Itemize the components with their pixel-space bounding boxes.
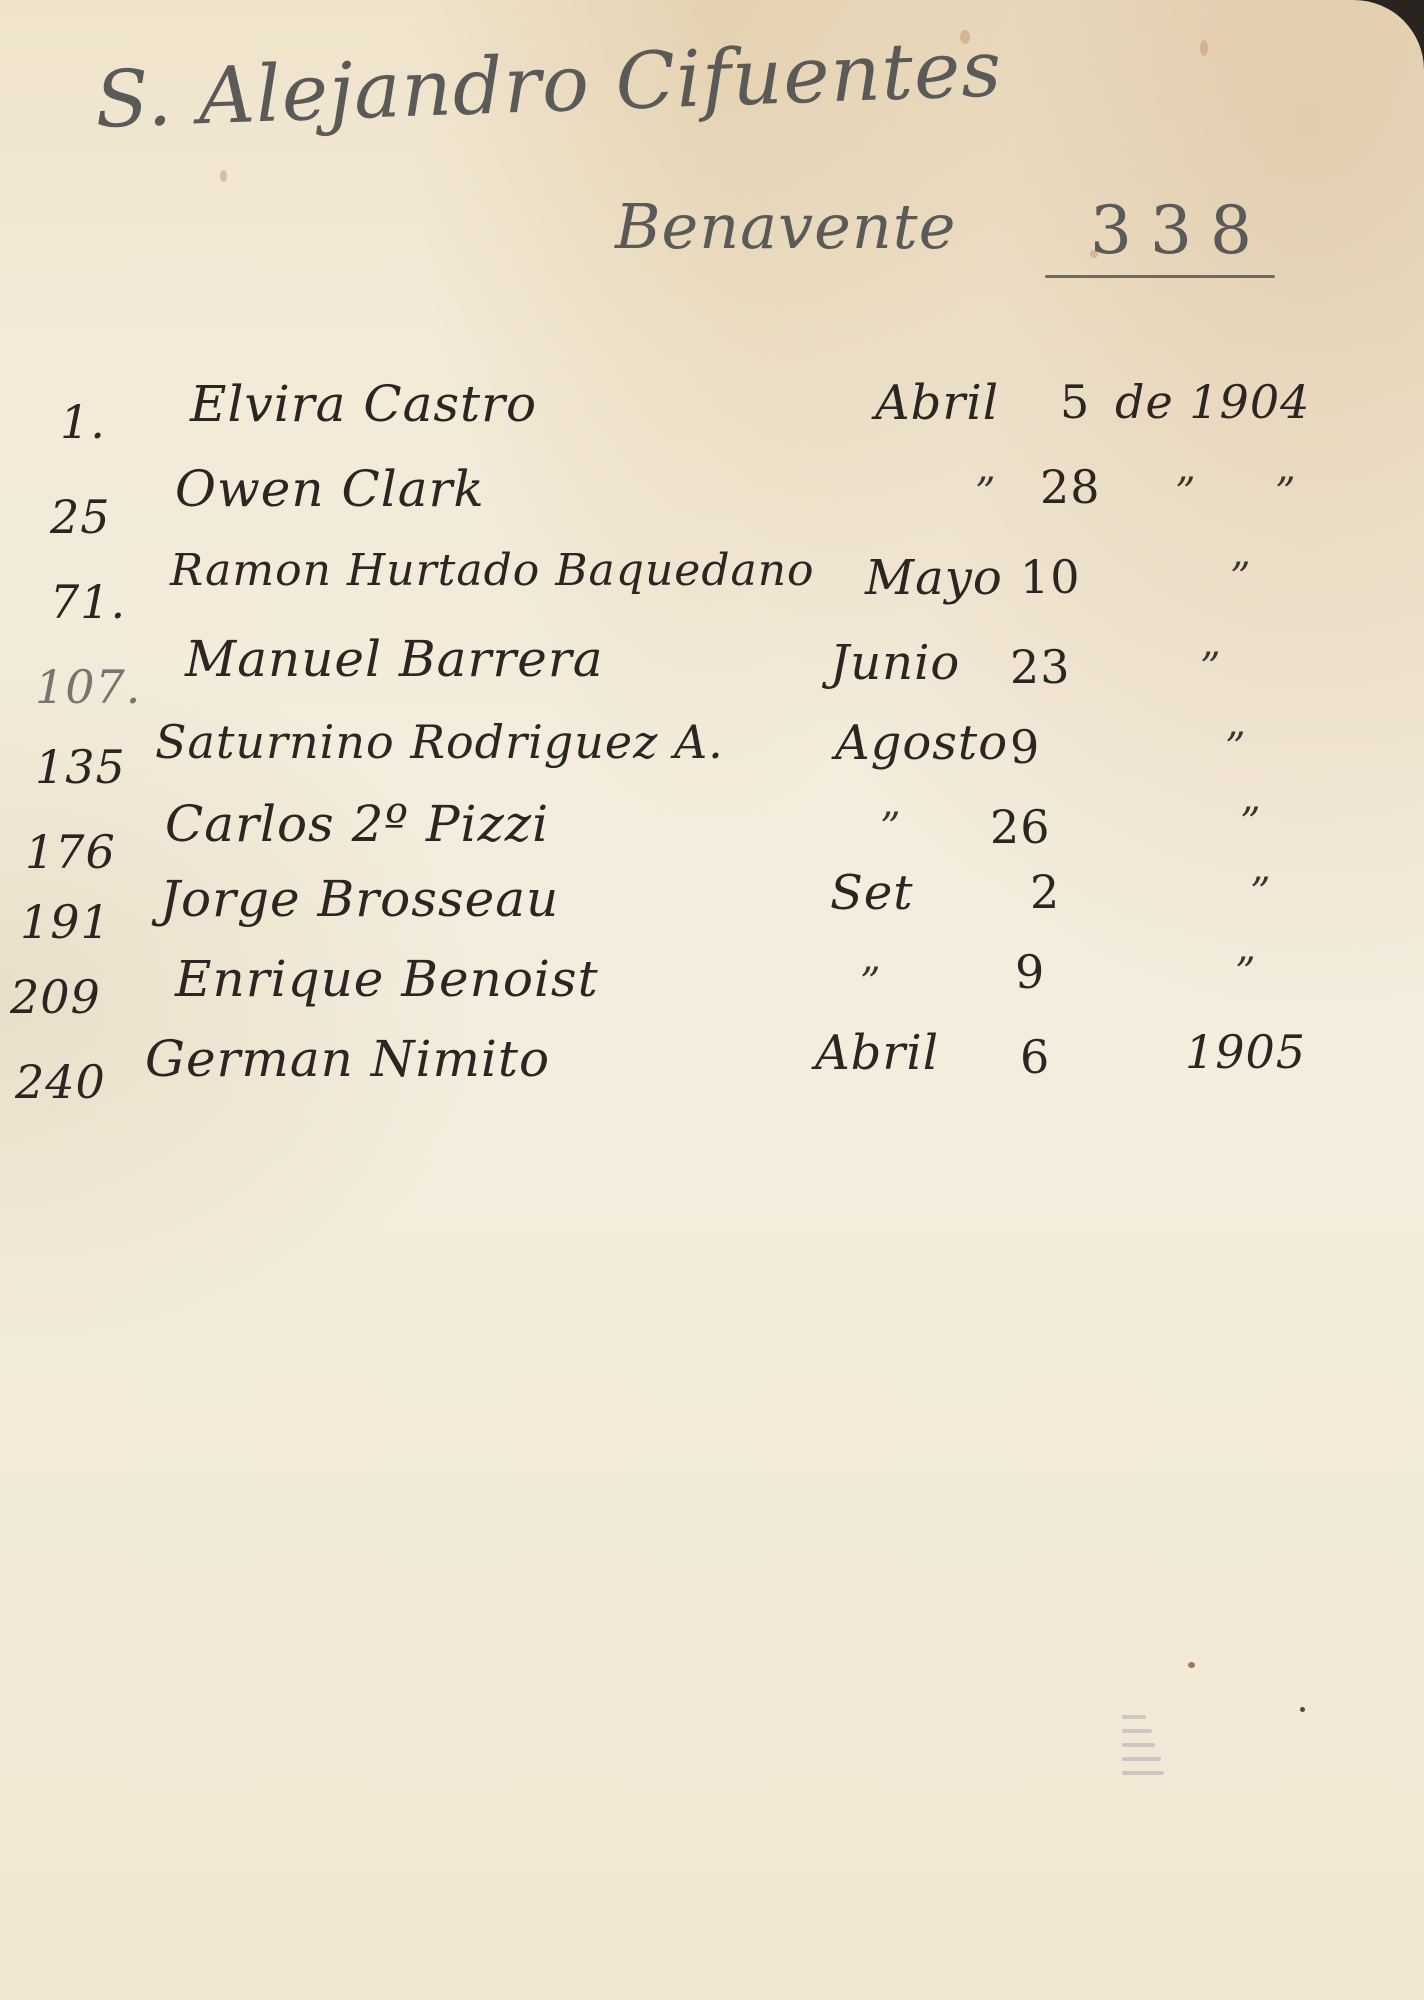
entry-day: 9 <box>1010 720 1040 774</box>
paper-stain <box>220 170 227 182</box>
entry-name: Manuel Barrera <box>185 630 604 688</box>
entry-year: ” <box>1175 470 1196 516</box>
entry-number: 71. <box>50 575 126 629</box>
ledger-row: 176 Carlos 2º Pizzi ” 26 ” <box>0 795 1424 875</box>
ledger-row: 240 German Nimito Abril 6 1905 <box>0 1025 1424 1105</box>
entry-name: Jorge Brosseau <box>160 870 559 928</box>
entry-day: 10 <box>1020 550 1081 604</box>
street-number: 338 <box>1090 192 1270 269</box>
entry-number: 107. <box>35 660 141 714</box>
ledger-row: 209 Enrique Benoist ” 9 ” <box>0 945 1424 1025</box>
entry-year: ” <box>1235 950 1256 996</box>
entry-month: Agosto <box>835 715 1008 771</box>
entry-number: 1. <box>60 395 106 449</box>
entry-number: 209 <box>10 970 101 1024</box>
entry-month: Mayo <box>865 550 1003 606</box>
entry-day: 6 <box>1020 1030 1050 1084</box>
number-underline <box>1045 275 1275 278</box>
street-name: Benavente <box>615 190 956 263</box>
entry-year: ” <box>1200 645 1221 691</box>
entry-month: ” <box>975 470 996 516</box>
entry-number: 25 <box>50 490 111 544</box>
entry-year: ” <box>1240 800 1261 846</box>
entry-month: ” <box>880 805 901 851</box>
ledger-row: 1. Elvira Castro Abril 5 de 1904 <box>0 375 1424 455</box>
entry-name: Ramon Hurtado Baquedano <box>170 545 815 596</box>
entry-name: Elvira Castro <box>190 375 537 433</box>
entry-day: 26 <box>990 800 1051 854</box>
entry-number: 191 <box>20 895 111 949</box>
ledger-page: S. Alejandro Cifuentes Benavente 338 1. … <box>0 0 1424 2000</box>
ledger-row: 107. Manuel Barrera Junio 23 ” <box>0 630 1424 710</box>
entry-month: Set <box>830 865 914 921</box>
entry-month: ” <box>860 960 881 1006</box>
entry-day: 28 <box>1040 460 1101 514</box>
entry-name: Enrique Benoist <box>175 950 599 1008</box>
paper-stain <box>1200 40 1208 56</box>
owner-name: S. Alejandro Cifuentes <box>94 24 1004 146</box>
paper-stain <box>1188 1662 1195 1668</box>
entry-name: Owen Clark <box>175 460 485 518</box>
entry-month: Abril <box>875 375 999 431</box>
entry-month: Junio <box>830 635 960 691</box>
entry-name: Saturnino Rodriguez A. <box>155 715 724 769</box>
entry-year: ” <box>1230 555 1251 601</box>
entry-month: Abril <box>815 1025 939 1081</box>
entry-number: 240 <box>15 1055 106 1109</box>
entry-name: German Nimito <box>145 1030 550 1088</box>
entry-day: 9 <box>1015 945 1045 999</box>
ledger-row: 135 Saturnino Rodriguez A. Agosto 9 ” <box>0 715 1424 795</box>
bleed-through-marks <box>1122 1705 1182 1795</box>
entry-year: ” <box>1225 725 1246 771</box>
ledger-row: 25 Owen Clark ” 28 ” ” <box>0 460 1424 540</box>
entry-day: 23 <box>1010 640 1071 694</box>
entry-name: Carlos 2º Pizzi <box>165 795 549 853</box>
ledger-row: 191 Jorge Brosseau Set 2 ” <box>0 865 1424 945</box>
entry-day: 2 <box>1030 865 1060 919</box>
entry-ditto-mark: ” <box>1275 470 1296 516</box>
entry-number: 135 <box>35 740 126 794</box>
entry-year: ” <box>1250 870 1271 916</box>
entry-year: 1905 <box>1185 1025 1306 1079</box>
entry-year: de 1904 <box>1115 375 1310 429</box>
paper-stain <box>1300 1707 1305 1712</box>
ledger-row: 71. Ramon Hurtado Baquedano Mayo 10 ” <box>0 545 1424 625</box>
entry-day: 5 <box>1060 375 1090 429</box>
